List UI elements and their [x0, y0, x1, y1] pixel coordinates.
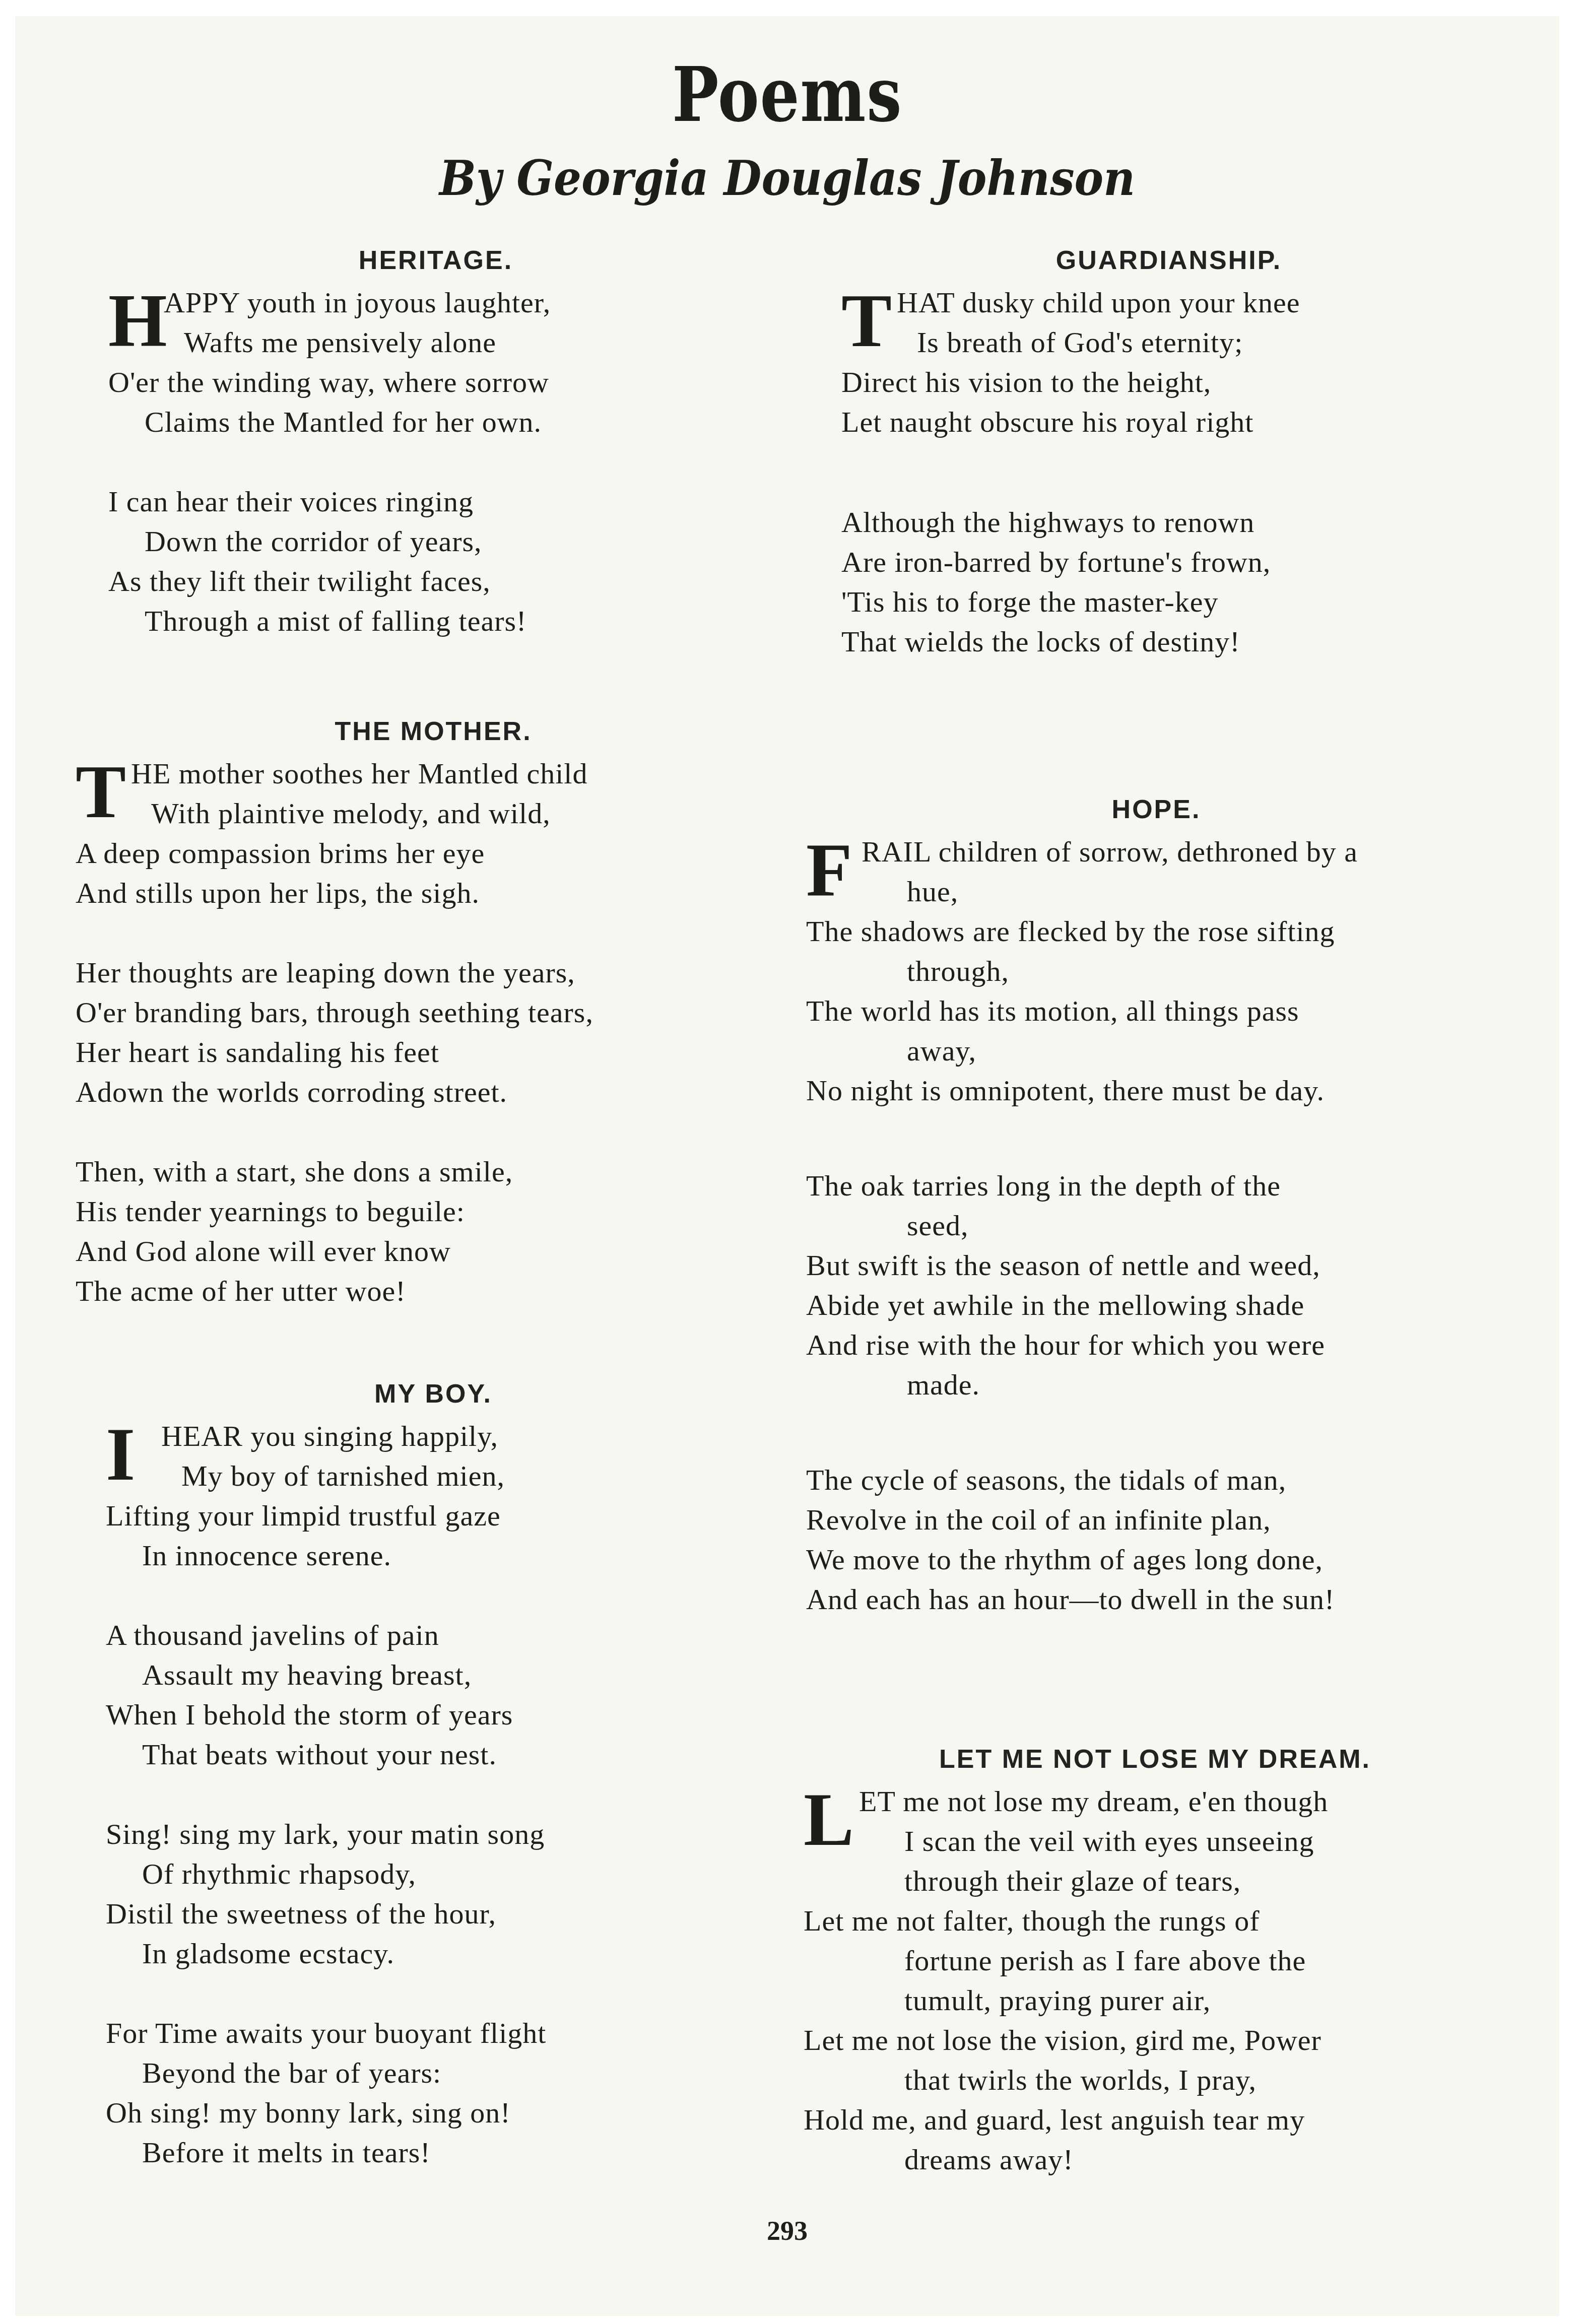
stanza: The oak tarries long in the depth of the… [806, 1166, 1506, 1405]
drop-cap: T [841, 286, 892, 356]
poem-line: My boy of tarnished mien, [106, 1456, 761, 1496]
stanza: I can hear their voices ringing Down the… [108, 482, 763, 641]
poem-line: We move to the rhythm of ages long done, [806, 1540, 1506, 1579]
poem-line: RAIL children of sorrow, dethroned by a [806, 832, 1506, 872]
poem-line: Distil the sweetness of the hour, [106, 1894, 761, 1934]
poem-line: ET me not lose my dream, e'en though [804, 1781, 1506, 1821]
poem-line: A thousand javelins of pain [106, 1615, 761, 1655]
poem-my-boy: MY BOY. I HEAR you singing happily, My b… [106, 1379, 761, 2172]
poem-line: tumult, praying purer air, [804, 1980, 1506, 2020]
poem-guardianship: GUARDIANSHIP. T HAT dusky child upon you… [841, 245, 1496, 661]
stanza: The cycle of seasons, the tidals of man,… [806, 1460, 1506, 1619]
poem-line: Direct his vision to the height, [841, 362, 1496, 402]
poem-line: A deep compassion brims her eye [76, 833, 791, 873]
poem-line: seed, [806, 1206, 1506, 1245]
poem-line: made. [806, 1365, 1506, 1405]
poem-line: Hold me, and guard, lest anguish tear my [804, 2100, 1506, 2140]
poem-heritage: HERITAGE. H APPY youth in joyous laughte… [108, 245, 763, 641]
stanza: H APPY youth in joyous laughter, Wafts m… [108, 283, 763, 442]
poem-title: LET ME NOT LOSE MY DREAM. [804, 1744, 1506, 1774]
poem-line: The acme of her utter woe! [76, 1271, 791, 1311]
poem-line: Assault my heaving breast, [106, 1655, 761, 1695]
poem-let-me-not-lose-my-dream: LET ME NOT LOSE MY DREAM. L ET me not lo… [804, 1744, 1506, 2179]
drop-cap: I [106, 1419, 135, 1490]
poem-line: through their glaze of tears, [804, 1861, 1506, 1901]
stanza: Then, with a start, she dons a smile, Hi… [76, 1152, 791, 1311]
poem-line: Beyond the bar of years: [106, 2053, 761, 2093]
poem-line: His tender yearnings to beguile: [76, 1191, 791, 1231]
poem-line: Her thoughts are leaping down the years, [76, 953, 791, 992]
drop-cap: L [804, 1784, 854, 1855]
poem-line: But swift is the season of nettle and we… [806, 1245, 1506, 1285]
poem-line: Her heart is sandaling his feet [76, 1032, 791, 1072]
poem-line: And God alone will ever know [76, 1231, 791, 1271]
stanza: T HE mother soothes her Mantled child Wi… [76, 754, 791, 913]
poem-line: Let me not lose the vision, gird me, Pow… [804, 2020, 1506, 2060]
poem-line: I can hear their voices ringing [108, 482, 763, 521]
stanza: Although the highways to renown Are iron… [841, 502, 1496, 661]
poem-line: The shadows are flecked by the rose sift… [806, 911, 1506, 951]
stanza: Her thoughts are leaping down the years,… [76, 953, 791, 1112]
stanza: I HEAR you singing happily, My boy of ta… [106, 1416, 761, 1575]
poem-line: With plaintive melody, and wild, [76, 793, 791, 833]
page-title: Poems [154, 50, 1420, 139]
poem-line: As they lift their twilight faces, [108, 561, 763, 601]
poem-line: Then, with a start, she dons a smile, [76, 1152, 791, 1191]
poem-title: HOPE. [806, 794, 1506, 825]
poem-line: Lifting your limpid trustful gaze [106, 1496, 761, 1536]
poem-line: away, [806, 1031, 1506, 1071]
poem-line: dreams away! [804, 2140, 1506, 2179]
poem-line: APPY youth in joyous laughter, [108, 283, 763, 322]
stanza: T HAT dusky child upon your knee Is brea… [841, 283, 1496, 442]
author-byline: By Georgia Douglas Johnson [92, 150, 1482, 207]
stanza: For Time awaits your buoyant flight Beyo… [106, 2013, 761, 2172]
poem-line: that twirls the worlds, I pray, [804, 2060, 1506, 2100]
poem-line: Although the highways to renown [841, 502, 1496, 542]
poem-line: Are iron-barred by fortune's frown, [841, 542, 1496, 582]
page-number: 293 [15, 2215, 1559, 2246]
poem-line: Abide yet awhile in the mellowing shade [806, 1285, 1506, 1325]
poem-line: Is breath of God's eternity; [841, 322, 1496, 362]
poem-line: Wafts me pensively alone [108, 322, 763, 362]
drop-cap: F [806, 835, 852, 905]
poem-line: O'er branding bars, through seething tea… [76, 992, 791, 1032]
poem-line: HAT dusky child upon your knee [841, 283, 1496, 322]
stanza: A thousand javelins of pain Assault my h… [106, 1615, 761, 1774]
poem-line: That wields the locks of destiny! [841, 622, 1496, 661]
poem-line: Sing! sing my lark, your matin song [106, 1814, 761, 1854]
poem-title: MY BOY. [106, 1379, 761, 1409]
poem-line: When I behold the storm of years [106, 1695, 761, 1735]
drop-cap: H [108, 286, 167, 356]
poem-line: Before it melts in tears! [106, 2133, 761, 2172]
poem-title: HERITAGE. [108, 245, 763, 276]
poem-line: For Time awaits your buoyant flight [106, 2013, 761, 2053]
poem-line: Of rhythmic rhapsody, [106, 1854, 761, 1894]
poem-line: And rise with the hour for which you wer… [806, 1325, 1506, 1365]
poem-line: The cycle of seasons, the tidals of man, [806, 1460, 1506, 1500]
poem-line: In innocence serene. [106, 1536, 761, 1575]
poem-line: hue, [806, 872, 1506, 911]
poem-line: Adown the worlds corroding street. [76, 1072, 791, 1112]
poem-line: Revolve in the coil of an infinite plan, [806, 1500, 1506, 1540]
poem-line: The oak tarries long in the depth of the [806, 1166, 1506, 1206]
poem-line: Oh sing! my bonny lark, sing on! [106, 2093, 761, 2133]
poem-hope: HOPE. F RAIL children of sorrow, dethron… [806, 794, 1506, 1619]
poem-the-mother: THE MOTHER. T HE mother soothes her Mant… [76, 716, 791, 1311]
poem-line: Claims the Mantled for her own. [108, 402, 763, 442]
poem-line: And stills upon her lips, the sigh. [76, 873, 791, 913]
poem-line: That beats without your nest. [106, 1735, 761, 1774]
poem-line: 'Tis his to forge the master-key [841, 582, 1496, 622]
drop-cap: T [76, 757, 126, 827]
poem-line: Let naught obscure his royal right [841, 402, 1496, 442]
stanza: L ET me not lose my dream, e'en though I… [804, 1781, 1506, 2179]
poem-line: through, [806, 951, 1506, 991]
stanza: F RAIL children of sorrow, dethroned by … [806, 832, 1506, 1110]
poem-line: Down the corridor of years, [108, 521, 763, 561]
poem-line: HEAR you singing happily, [106, 1416, 761, 1456]
poem-line: No night is omnipotent, there must be da… [806, 1071, 1506, 1110]
poem-line: The world has its motion, all things pas… [806, 991, 1506, 1031]
poem-line: fortune perish as I fare above the [804, 1941, 1506, 1980]
stanza: Sing! sing my lark, your matin song Of r… [106, 1814, 761, 1973]
poem-title: THE MOTHER. [76, 716, 791, 747]
poem-line: Let me not falter, though the rungs of [804, 1901, 1506, 1941]
poem-line: O'er the winding way, where sorrow [108, 362, 763, 402]
poem-line: Through a mist of falling tears! [108, 601, 763, 641]
magazine-page: Poems By Georgia Douglas Johnson HERITAG… [15, 16, 1559, 2316]
poem-line: And each has an hour—to dwell in the sun… [806, 1579, 1506, 1619]
poem-line: In gladsome ecstacy. [106, 1934, 761, 1973]
poem-line: I scan the veil with eyes unseeing [804, 1821, 1506, 1861]
poem-title: GUARDIANSHIP. [841, 245, 1496, 276]
poem-line: HE mother soothes her Mantled child [76, 754, 791, 793]
